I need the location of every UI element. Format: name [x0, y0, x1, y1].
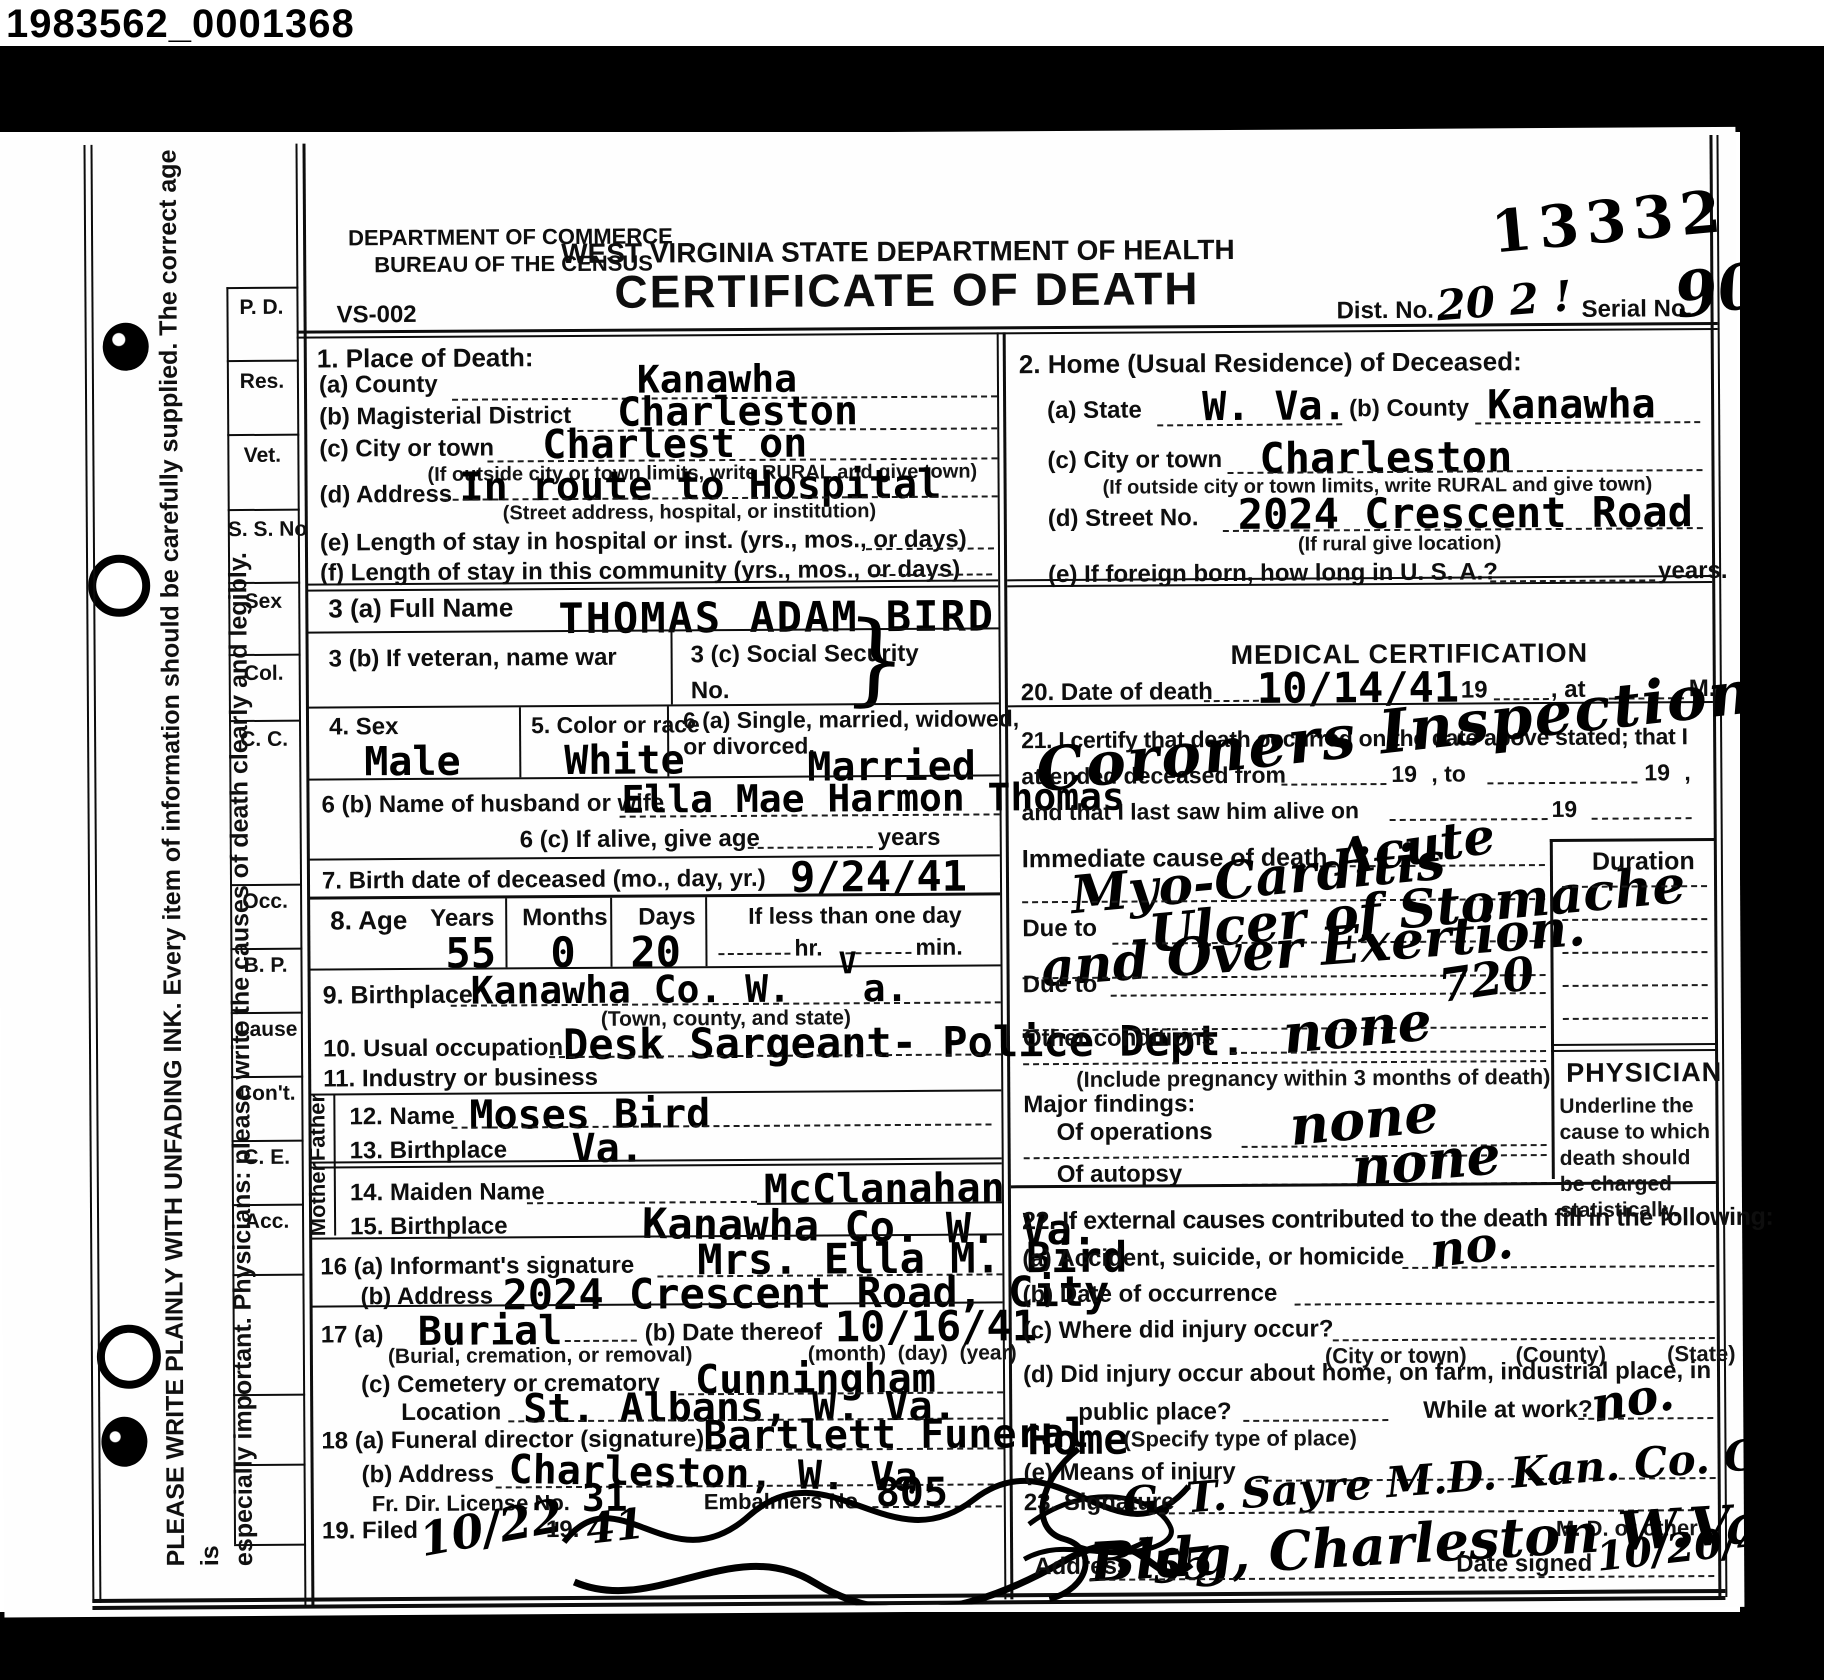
full-name-value: THOMAS ADAM BIRD: [558, 591, 995, 643]
filed-label: 19. Filed: [322, 1517, 418, 1546]
margin-instructions-bold: PLEASE WRITE PLAINLY WITH UNFADING INK.: [159, 1002, 190, 1566]
while-at-work-label: While at work?: [1423, 1396, 1593, 1425]
mother-section-label: Mother: [305, 1129, 332, 1269]
social-security-no-label: No.: [691, 677, 730, 705]
stub-box-line: [234, 1544, 306, 1546]
dist-no-value: 20 2 !: [1435, 271, 1574, 330]
spouse-label: 6 (b) Name of husband or wife: [321, 789, 664, 819]
cell-divider: [505, 898, 507, 967]
home-city-label: (c) City or town: [1047, 446, 1222, 475]
cell-divider: [670, 631, 672, 704]
burial-cremation-note: (Burial, cremation, or removal): [388, 1343, 693, 1369]
marital-label: 6 (a) Single, married, widowed,: [683, 705, 1019, 734]
stub-box-line: [230, 884, 302, 886]
cell-divider: [667, 706, 669, 776]
duration-label: Duration: [1592, 847, 1695, 877]
street-no-label: (d) Street No.: [1048, 504, 1199, 533]
stub-label-ssno: S. S. No: [228, 518, 298, 542]
occupation-label: 10. Usual occupation: [323, 1034, 563, 1063]
pregnancy-note: (Include pregnancy within 3 months of de…: [1076, 1064, 1550, 1093]
form-number: VS-002: [336, 301, 416, 329]
punch-hole-icon: [101, 1417, 147, 1467]
date-of-death-label: 20. Date of death: [1021, 678, 1213, 707]
dotted-line: [718, 953, 790, 955]
stub-label-pd: P. D.: [226, 296, 296, 320]
stub-label-cont: Con't.: [231, 1082, 301, 1106]
mother-maiden-name-label: 14. Maiden Name: [350, 1178, 545, 1207]
stub-box-line: [229, 654, 301, 656]
cell-divider: [519, 707, 521, 777]
full-name-label: 3 (a) Full Name: [328, 592, 513, 624]
public-place-label: public place?: [1078, 1398, 1232, 1427]
stub-label-col: Col.: [229, 662, 299, 686]
county-label: (a) County: [319, 371, 438, 400]
date-occurrence-label: (b) Date of occurrence: [1022, 1280, 1277, 1310]
due-to-2-label: Due to: [1023, 971, 1098, 999]
punch-hole-icon: [88, 555, 150, 617]
last-saw-alive-label: and that I last saw him alive on: [1022, 797, 1360, 826]
veteran-war-label: 3 (b) If veteran, name war: [329, 644, 617, 674]
stub-label-sex: Sex: [228, 590, 298, 614]
attended-19b: 19: [1644, 759, 1670, 786]
external-causes-title: 22. If external causes contributed to th…: [1022, 1203, 1773, 1237]
stub-box-line: [228, 582, 300, 584]
home-state-label: (a) State: [1047, 397, 1142, 426]
physician-label: PHYSICIAN: [1566, 1057, 1722, 1089]
date-signed-label: Date signed: [1456, 1550, 1592, 1579]
years-suffix: years: [878, 824, 941, 852]
certificate-title: CERTIFICATE OF DEATH: [614, 261, 1199, 319]
cell-divider: [705, 897, 707, 966]
age-label: 8. Age: [330, 905, 407, 936]
stub-box-line: [229, 720, 301, 722]
punch-hole-icon: [97, 1325, 161, 1389]
industry-label: 11. Industry or business: [323, 1064, 598, 1094]
birthplace-value-sup: V: [838, 946, 856, 981]
if-alive-age-label: 6 (c) If alive, give age: [520, 825, 760, 854]
of-operations-label: Of operations: [1056, 1118, 1212, 1147]
stub-box-line: [234, 1464, 306, 1466]
street-address-note: (Street address, hospital, or institutio…: [503, 500, 877, 525]
dotted-line: [1204, 700, 1259, 702]
hr-label: hr.: [794, 934, 822, 961]
stub-label-cc: C. C.: [229, 728, 299, 752]
place-of-death-title: 1. Place of Death:: [317, 342, 534, 374]
stub-label-cause: Cause: [231, 1018, 301, 1042]
stub-label-bp: B. P.: [230, 954, 300, 978]
address-label: (d) Address: [320, 481, 453, 510]
stub-label-vet: Vet.: [227, 444, 297, 468]
major-findings-label: Major findings:: [1023, 1090, 1195, 1119]
stub-label-acc: Acc.: [232, 1210, 302, 1234]
stub-label-ce: C. E.: [232, 1146, 302, 1170]
cemetery-location-label: Location: [401, 1398, 501, 1427]
other-conditions-label: Other conditions: [1023, 1024, 1215, 1053]
accident-suicide-label: (a) Accident, suicide, or homicide: [1022, 1243, 1404, 1273]
punch-hole-icon: [103, 323, 149, 371]
burial-item-label: 17 (a): [321, 1321, 384, 1349]
father-name-label: 12. Name: [349, 1103, 455, 1132]
attended-comma: ,: [1684, 759, 1691, 786]
city-or-town-label: (c) City or town: [319, 434, 494, 463]
min-label: min.: [915, 934, 962, 961]
home-county-label: (b) County: [1349, 395, 1469, 424]
stay-hospital-label: (e) Length of stay in hospital or inst. …: [320, 526, 967, 558]
stub-box-line: [233, 1394, 305, 1396]
stub-box-line: [228, 509, 300, 511]
funeral-address-label: (b) Address: [362, 1460, 495, 1489]
signature-flourish-scrawl: [1018, 1438, 1279, 1605]
where-injury-label: (c) Where did injury occur?: [1023, 1315, 1334, 1345]
home-title: 2. Home (Usual Residence) of Deceased:: [1019, 346, 1522, 380]
birth-date-label: 7. Birth date of deceased (mo., day, yr.…: [322, 865, 766, 896]
rural-location-note: (If rural give location): [1298, 532, 1501, 556]
accident-no-handwriting: no.: [1427, 1213, 1516, 1279]
stub-label-occ: Occ.: [230, 890, 300, 914]
dist-no-label: Dist. No.: [1336, 297, 1434, 326]
attended-to: , to: [1431, 761, 1466, 788]
sex-label: 4. Sex: [329, 713, 399, 741]
marital-label2: or divorced.: [683, 733, 815, 761]
less-than-day-label: If less than one day: [748, 902, 962, 930]
cell-divider: [610, 898, 612, 967]
race-label: 5. Color or race: [531, 711, 700, 739]
death-certificate-scan: PLEASE WRITE PLAINLY WITH UNFADING INK. …: [0, 0, 1824, 1680]
magisterial-district-label: (b) Magisterial District: [319, 402, 571, 432]
stub-label-res: Res.: [227, 370, 297, 394]
last-saw-19: 19: [1551, 796, 1577, 823]
handwritten-brace: }: [841, 599, 910, 719]
